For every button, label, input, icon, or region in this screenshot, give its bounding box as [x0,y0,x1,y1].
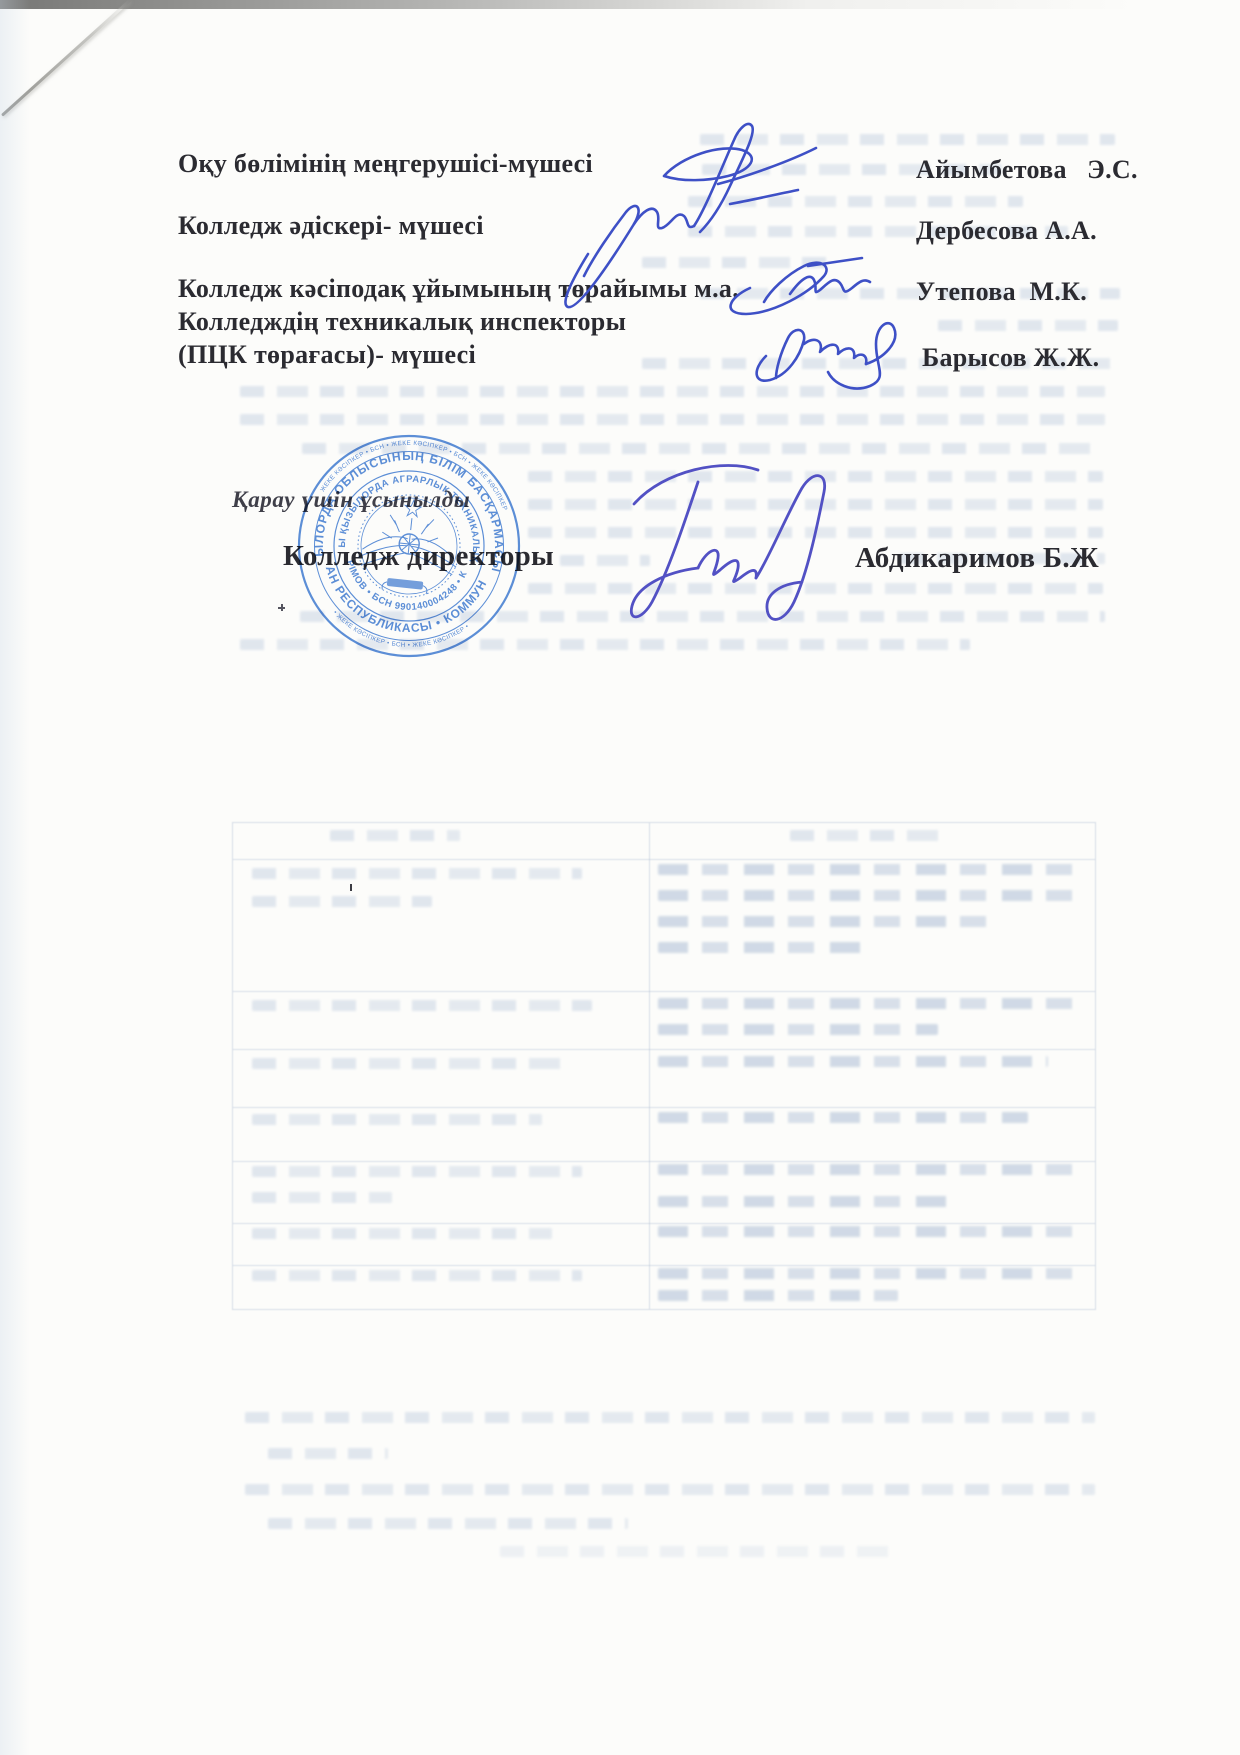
signature-barysov [742,314,927,404]
bleed-through-line [252,868,582,879]
bleed-through-line [245,1412,1095,1423]
bleed-through-line [658,1290,898,1301]
committee-row2-name: Дербесова А.А. [916,216,1097,246]
bleed-through-table-line [233,1049,1095,1050]
bleed-through-line [658,1164,1078,1175]
emblem-sun-rays [382,514,440,543]
scan-edge-tint [0,0,30,1755]
bleed-through-line [658,1226,1078,1237]
committee-row2-label: Колледж әдіскері- мүшесі [178,211,484,241]
bleed-through-table-line [233,1265,1095,1266]
bleed-through-line [252,896,432,907]
bleed-through-line [252,1228,552,1239]
kazakhstan-emblem-icon [355,495,462,597]
bleed-through-line [658,864,1082,875]
bleed-through-line [268,1518,628,1529]
bleed-through-table-line [233,1161,1095,1162]
bleed-through-line [658,890,1082,901]
bleed-through-line [252,1000,592,1011]
signature-director [606,440,906,635]
bleed-through-table-line [233,1223,1095,1224]
bleed-through-line [658,916,988,927]
document-scan: Оқу бөлімінің меңгерушісі-мүшесі Айымбет… [0,0,1240,1755]
scan-edge-shadow [0,0,1240,9]
bleed-through-line [252,1192,392,1203]
bleed-through-line [658,1196,958,1207]
bleed-through-line [252,1114,542,1125]
bleed-through-line [252,1166,582,1177]
bleed-through-line [658,1056,1048,1067]
bleed-through-line [658,1112,1028,1123]
bleed-through-line [938,320,1118,331]
bleed-through-line [330,830,460,841]
committee-row5-label: (ПЦК төрағасы)- мүшесі [178,340,476,370]
bleed-through-table-line [233,1107,1095,1108]
bleed-through-table-line [233,859,1095,860]
bleed-through-table-line [233,991,1095,992]
committee-row3-name: Утепова М.К. [916,277,1087,307]
bleed-through-line [245,1484,1095,1495]
bleed-through-line [658,942,868,953]
bleed-through-line [252,1270,582,1281]
ink-speck [281,604,283,611]
committee-row1-name: Айымбетова Э.С. [916,155,1138,185]
bleed-through-line [658,1024,938,1035]
emblem-banner [387,578,424,590]
bleed-through-line [240,386,1105,397]
bleed-through-table-divider [649,823,650,1309]
emblem-star-icon [404,499,422,517]
official-round-stamp: ЖЕКЕ КӘСІПКЕР • БСН • ЖЕКЕ КӘСІПКЕР • БС… [286,423,532,669]
committee-row5-name: Барысов Ж.Ж. [922,343,1099,373]
bleed-through-line [658,998,1078,1009]
bleed-through-line [240,414,1105,425]
bleed-through-line [500,1546,900,1557]
bleed-through-line [252,1058,562,1069]
bleed-through-line [268,1448,388,1459]
bleed-through-line [790,830,940,841]
bleed-through-line [658,1268,1082,1279]
